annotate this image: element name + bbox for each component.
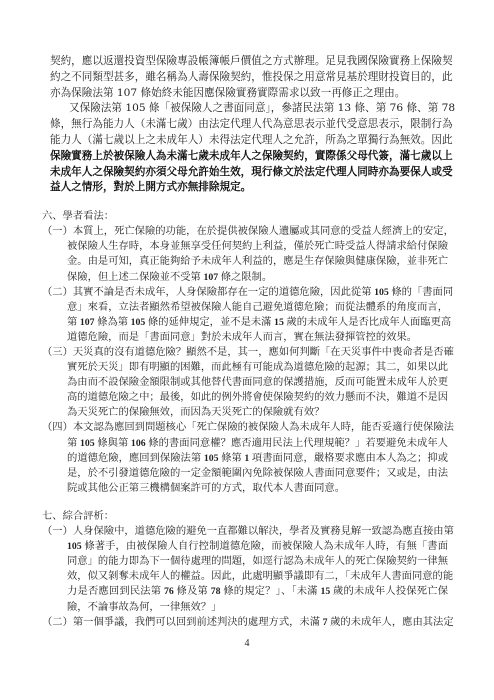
statute-number: 15 — [274, 317, 284, 328]
text-line: 亦為保險法第 107 條始終未能因應保險實務實際需求以致一再修正之理由。 — [50, 86, 448, 102]
text-line: 力是否應回到民法第 76 條及第 78 條的規定？」、「未滿 15 歲的未成年人… — [67, 584, 448, 599]
statute-number: 1 — [244, 453, 249, 464]
text-line: 能力人（滿七歲以上之未成年人）未得法定代理人之允許，所為之單獨行為無效。因此 — [50, 133, 448, 149]
section-7-heading: 七、綜合評析： — [0, 509, 494, 524]
text-line: 的道德危險，應回到保險法第 105 條第 1 項書面同意，嚴格要求應由本人為之；… — [67, 451, 448, 466]
text-line: 意」來看，立法者顯然希望被保險人能自己避免道德危險；而從法體系的角度而言， — [67, 300, 448, 315]
statute-number: 105 — [80, 438, 95, 449]
text-line: 道德危險，而是「書面同意」對於未成年人而言，實在無法發揮管控的效果。 — [67, 330, 448, 345]
text-line: 效，似又剝奪未成年人的權益。因此，此處明顯爭議即有二，「未成年人書面同意的能 — [67, 569, 448, 584]
text-line: 險，不論事故為何，一律無效？」 — [67, 600, 448, 615]
text-line: （二）其實不論是否未成年，人身保險都存在一定的道德危險，因此從第 105 條的「… — [42, 285, 448, 300]
statute-number: 105 — [131, 317, 146, 328]
section-6-item-3: （三）天災真的沒有道德危險？顯然不是，其一，應如何判斷「在天災事件中喪命者是否確… — [0, 345, 494, 420]
text-line: 是，於不引發道德危險的一定金額範圍內免除被保險人書面同意要件；又或是，由法 — [67, 466, 448, 481]
page-number: 4 — [0, 638, 494, 649]
section-6-heading-text: 六、學者看法： — [42, 209, 448, 224]
statute-number: 7 — [323, 617, 328, 628]
text-line: 院或其他公正第三機構個案許可的方式，取代本人書面同意。 — [67, 481, 448, 496]
continued-paragraph-insurance-practice: 契約，應以返還投資型保險專設帳簿帳戶價值之方式辦理。足見我國保險實務上保險契約之… — [0, 54, 494, 196]
text-line: （三）天災真的沒有道德危險？顯然不是，其一，應如何判斷「在天災事件中喪命者是否確 — [42, 345, 448, 360]
statute-number: 106 — [131, 438, 146, 449]
text-line: 保險實務上於被保險人為未滿七歲未成年人之保險契約，實際係父母代簽，滿七歲以上 — [50, 149, 448, 165]
section-6-item-1: （一）本質上，死亡保險的功能，在於提供被保險人遺屬或其同意的受益人經濟上的安定，… — [0, 224, 494, 284]
text-line: 未成年人之保險契約亦須父母允許始生效，現行條文於法定代理人同時亦為要保人或受 — [50, 165, 448, 181]
text-line: （二）第一個爭議，我們可以回到前述判決的處理方式，未滿 7 歲的未成年人，應由其… — [42, 615, 448, 630]
text-line: 條，無行為能力人（未滿七歲）由法定代理人代為意思表示並代受意思表示，限制行為 — [50, 117, 448, 133]
section-6-heading: 六、學者看法： — [0, 209, 494, 224]
section-7-heading-text: 七、綜合評析： — [42, 509, 448, 524]
statute-number: 78 — [211, 586, 221, 597]
text-line: 105 條著手，由被保險人自行控制道德危險，而被保險人為未成年人時，有無「書面 — [67, 539, 448, 554]
text-line: 高的道德危險之中；最後，如此的例外將會使保險契約的效力懸而不決，難道不是因 — [67, 390, 448, 405]
page-content: 契約，應以返還投資型保險專設帳簿帳戶價值之方式辦理。足見我國保險實務上保險契約之… — [0, 0, 494, 630]
text-line: 為由而不設保險金額限制或其他替代書面同意的保護措施，反而可能置未成年人於更 — [67, 375, 448, 390]
text-line: 第 107 條為第 105 條的延伸規定，並不是未滿 15 歲的未成年人是否比成… — [67, 315, 448, 330]
text-line: （四）本文認為應回到問題核心「死亡保險的被保險人為未成年人時，能否妥適行使保險法 — [42, 420, 448, 435]
statute-number: 105 — [204, 453, 219, 464]
statute-number: 76 — [164, 586, 174, 597]
text-line: 為天災死亡的保險無效，而因為天災死亡的保險就有效？ — [67, 405, 448, 420]
text-line: 益人之情形，對於上開方式亦無排除規定。 — [50, 180, 448, 196]
statute-number: 107 — [80, 317, 95, 328]
text-line: 契約，應以返還投資型保險專設帳簿帳戶價值之方式辦理。足見我國保險實務上保險契 — [50, 54, 448, 70]
statute-number: 105 — [374, 287, 389, 298]
text-line: 金。由是可知，真正能夠給予未成年人利益的，應是生存保險與健康保險，並非死亡 — [67, 254, 448, 269]
statute-number: 107 — [203, 272, 218, 283]
text-line: 又保險法第 105 條「被保險人之書面同意」，參諸民法第 13 條、第 76 條… — [50, 101, 448, 117]
text-line: 約之不同類型甚多，雖名稱為人壽保險契約，惟投保之用意常見基於理財投資目的，此 — [50, 70, 448, 86]
text-line: （一）本質上，死亡保險的功能，在於提供被保險人遺屬或其同意的受益人經濟上的安定， — [42, 224, 448, 239]
statute-number: 15 — [320, 586, 330, 597]
text-line: 保險，但上述二保險並不受第 107 條之限制。 — [67, 270, 448, 285]
statute-number: 105 — [67, 541, 82, 552]
section-6-item-2: （二）其實不論是否未成年，人身保險都存在一定的道德危險，因此從第 105 條的「… — [0, 285, 494, 345]
text-line: 第 105 條與第 106 條的書面同意權？應否適用民法上代理規範？」若要避免未… — [67, 436, 448, 451]
text-line: 被保險人生存時，本身並無享受任何契約上利益，僅於死亡時受益人得請求給付保險 — [67, 239, 448, 254]
text-line: 實死於天災」即有明顯的困難，而此極有可能成為道德危險的起源；其二，如果以此 — [67, 360, 448, 375]
section-7-item-2: （二）第一個爭議，我們可以回到前述判決的處理方式，未滿 7 歲的未成年人，應由其… — [0, 615, 494, 630]
section-6-item-4: （四）本文認為應回到問題核心「死亡保險的被保險人為未成年人時，能否妥適行使保險法… — [0, 420, 494, 495]
document-page: 契約，應以返還投資型保險專設帳簿帳戶價值之方式辦理。足見我國保險實務上保險契約之… — [0, 0, 494, 700]
text-line: 同意」的能力即為下一個待處理的問題，如逕行認為未成年人的死亡保險契約一律無 — [67, 554, 448, 569]
text-line: （一）人身保險中，道德危險的避免一直都難以解決，學者及實務見解一致認為應直接由第 — [42, 524, 448, 539]
section-7-item-1: （一）人身保險中，道德危險的避免一直都難以解決，學者及實務見解一致認為應直接由第… — [0, 524, 494, 615]
